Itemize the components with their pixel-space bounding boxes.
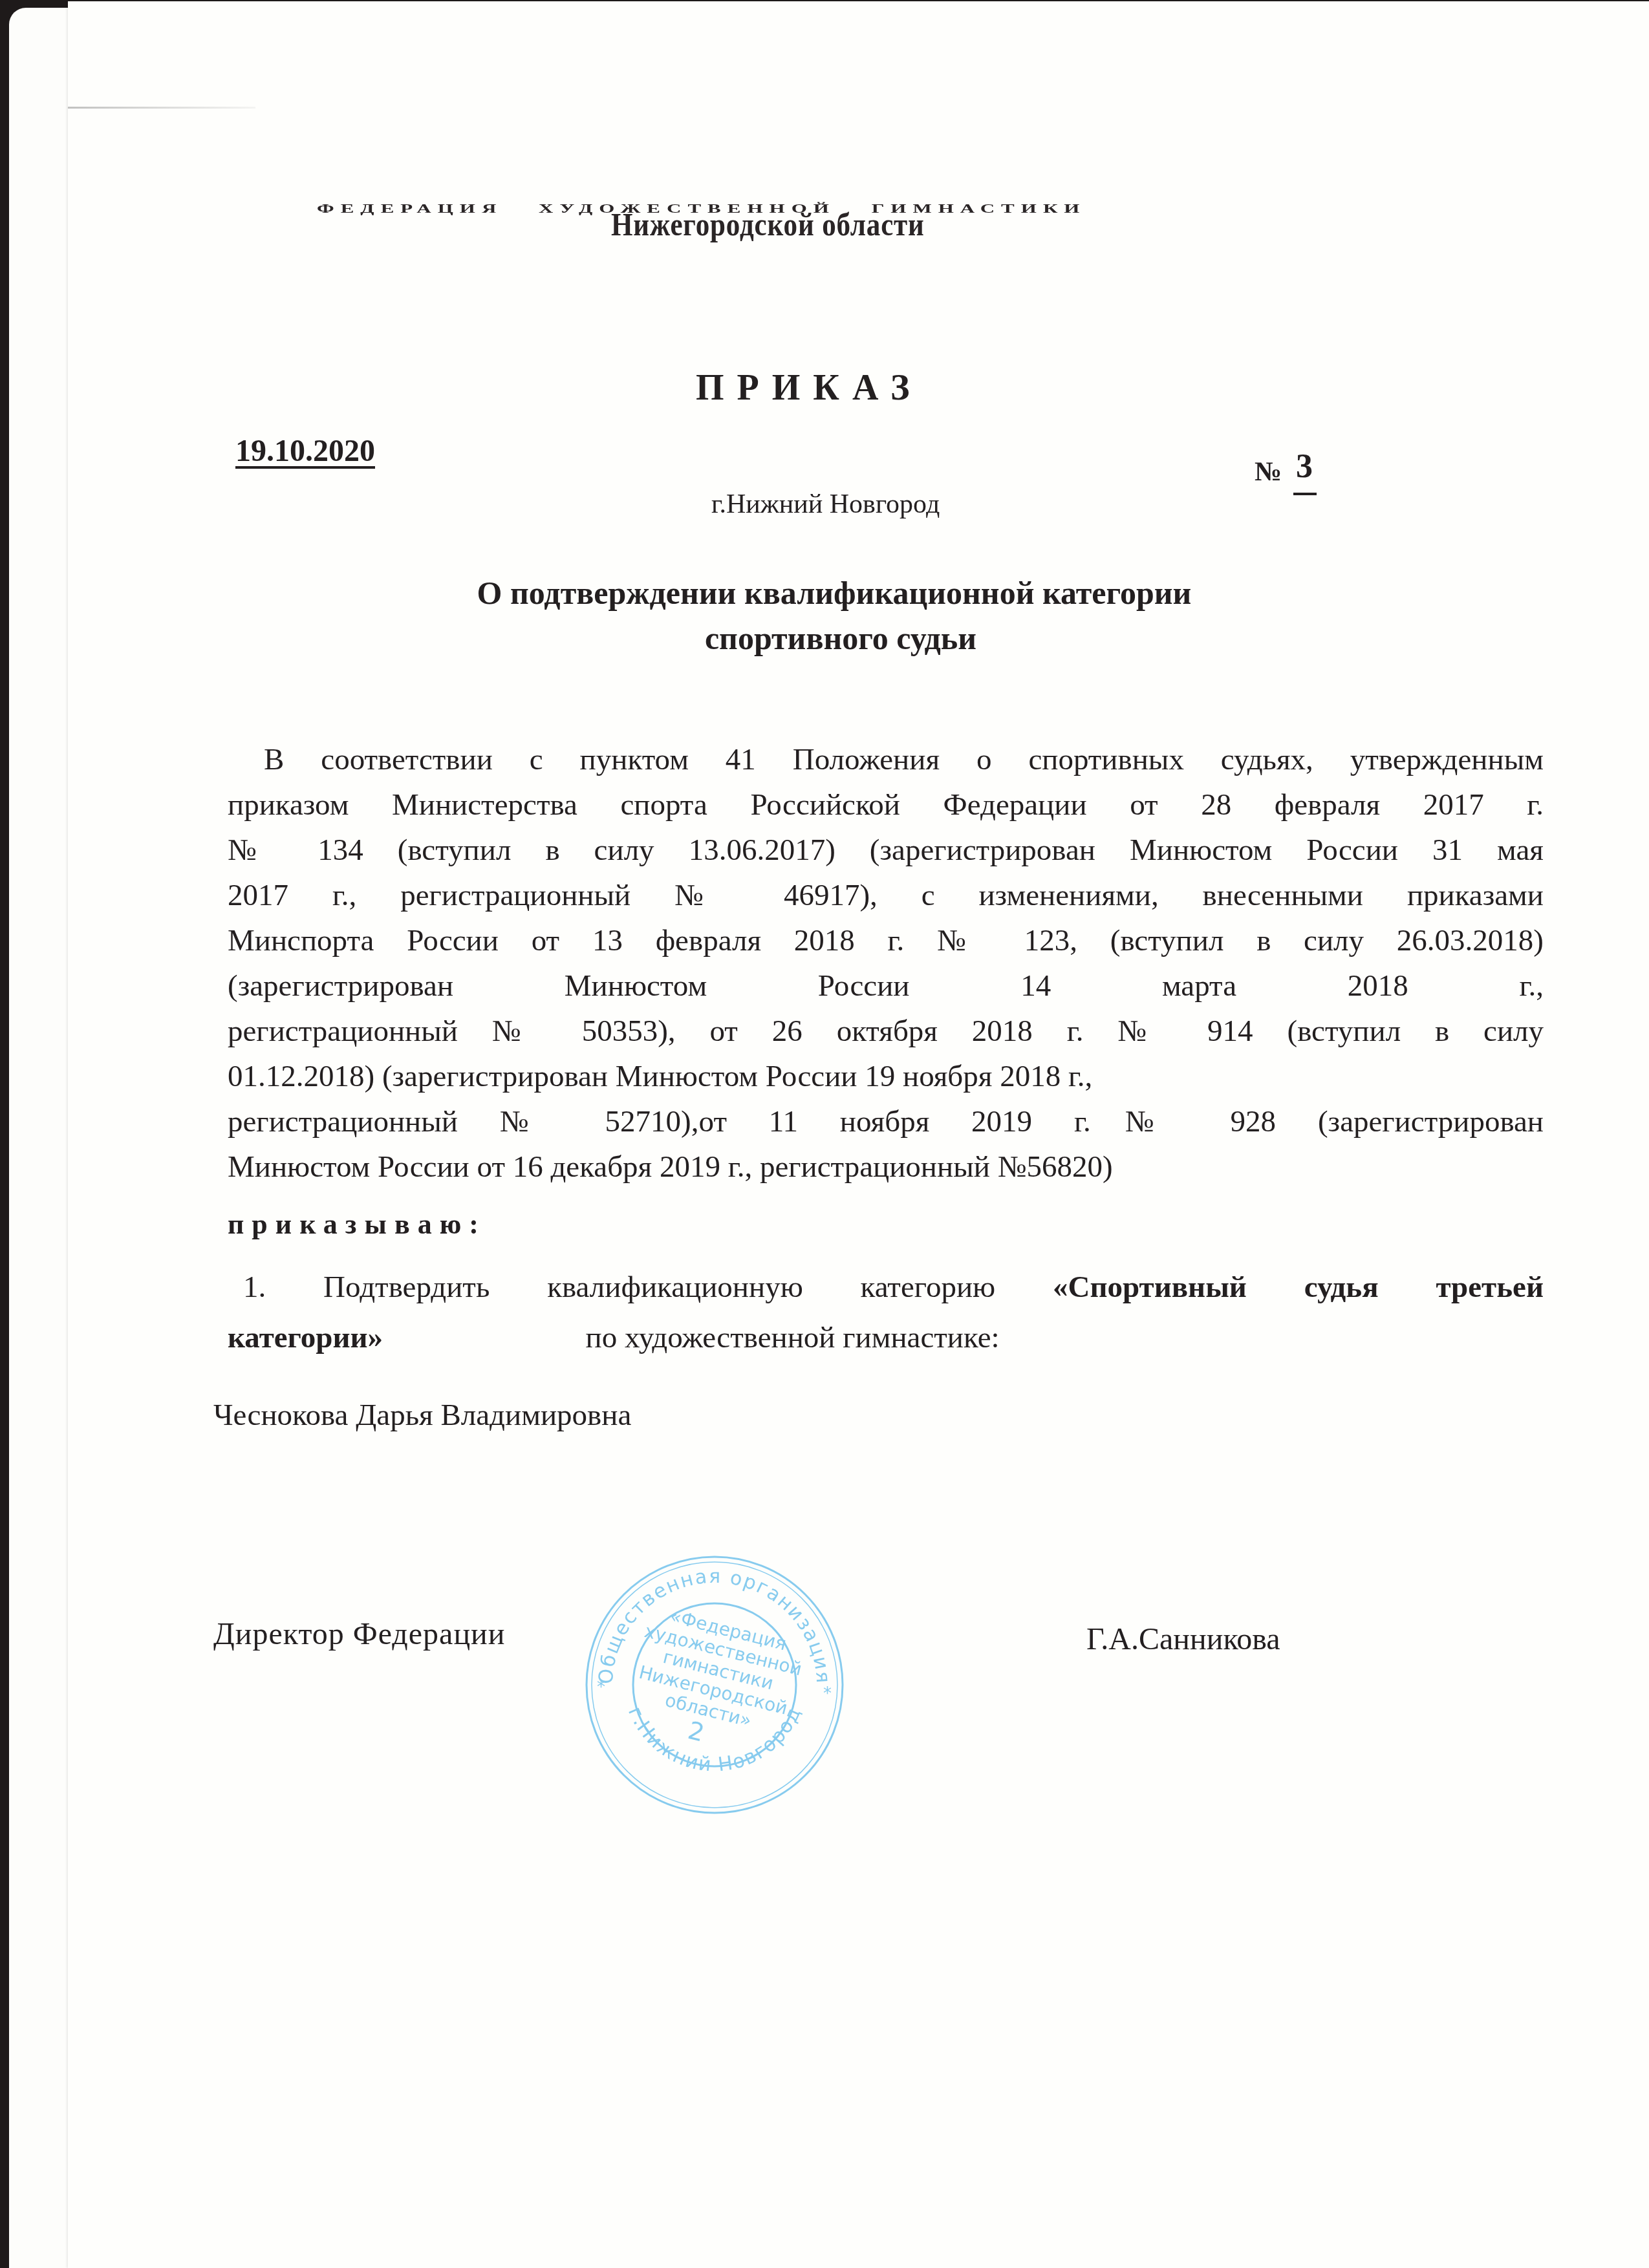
item-category-part1: «Спортивный судья третьей [1053,1270,1544,1304]
item-text-after: по художественной гимнастике: [586,1321,1000,1354]
preamble-line: регистрационный № 50353), от 26 октября … [228,1009,1544,1054]
order-number-label: № [1255,456,1282,487]
preamble-line: 2017 г., регистрационный № 46917), с изм… [228,873,1544,918]
stamp-star-right: * [823,1684,832,1704]
preamble-line: приказом Министерства спорта Российской … [228,782,1544,828]
preamble-line: В соответствии с пунктом 41 Положения о … [228,737,1544,782]
preamble-line: регистрационный № 52710),от 11 ноября 20… [228,1099,1544,1144]
order-number-underline [1293,493,1317,495]
preamble-line: Минюстом России от 16 декабря 2019 г., р… [228,1144,1544,1190]
order-date: 19.10.2020 [235,433,401,469]
letterhead-region: Нижегородской области [611,206,925,243]
scan-artifact-line [68,107,255,109]
item-number: 1. [243,1270,266,1304]
stamp-number: 2 [685,1716,707,1748]
person-name: Чеснокова Дарья Владимировна [213,1398,631,1433]
preamble-line: (зарегистрирован Минюстом России 14 март… [228,963,1544,1009]
preamble-line: Минспорта России от 13 февраля 2018 г. №… [228,918,1544,963]
signatory-position: Директор Федерации [213,1616,505,1652]
order-city: г.Нижний Новгород [711,489,940,520]
order-title: ПРИКАЗ [696,367,923,409]
decree-item-line-2: категории» по художественной гимнастике: [228,1320,1000,1355]
decree-item-line-1: 1. Подтвердить квалификационную категори… [228,1270,1544,1305]
decree-word: приказываю: [228,1208,486,1241]
organization-seal-stamp: Общественная организация г.Нижний Новгор… [579,1549,850,1821]
subject-line-1: О подтверждении квалификационной категор… [0,574,1649,612]
preamble-line: 01.12.2018) (зарегистрирован Минюстом Ро… [228,1054,1544,1099]
signatory-name: Г.А.Санникова [1086,1621,1280,1657]
item-text-before: Подтвердить квалификационную категорию [323,1270,995,1304]
stamp-star-left: * [597,1678,605,1697]
order-number: 3 [1296,447,1313,486]
subject-line-2: спортивного судьи [0,619,1649,657]
preamble-line: № 134 (вступил в силу 13.06.2017) (зарег… [228,828,1544,873]
preamble-paragraph: В соответствии с пунктом 41 Положения о … [228,737,1544,1190]
item-category-part2: категории» [228,1321,383,1354]
